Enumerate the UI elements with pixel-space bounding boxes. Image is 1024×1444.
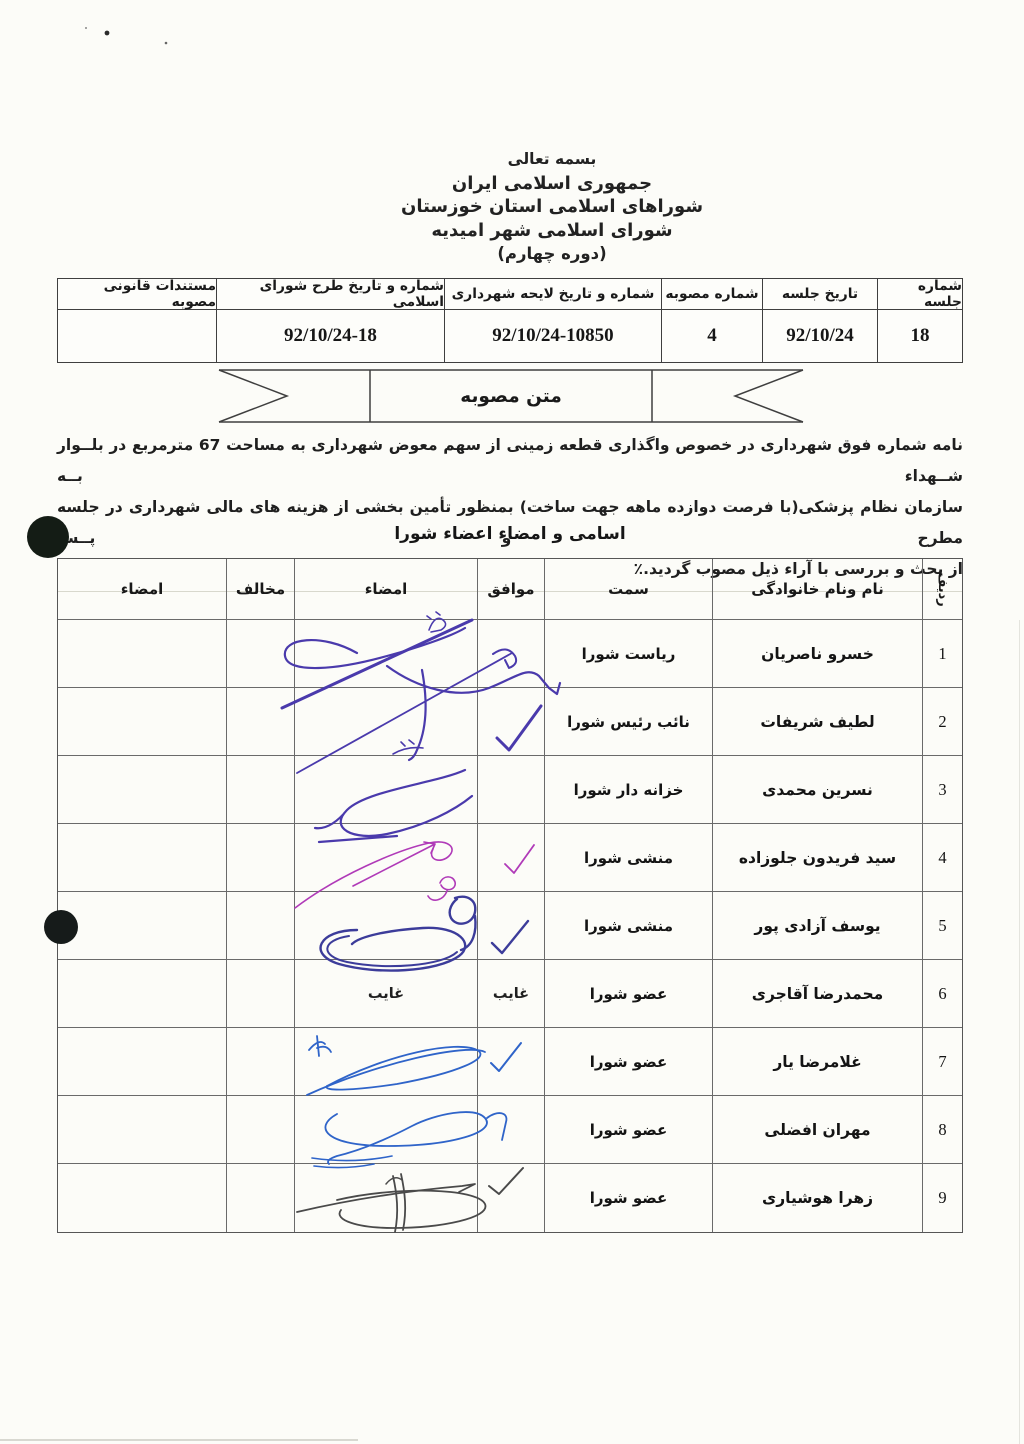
banner-title: متن مصوبه bbox=[370, 372, 652, 420]
info-header-plan-no-date: شماره و تاریخ طرح شورای اسلامی bbox=[216, 279, 444, 310]
signature-cell bbox=[294, 620, 477, 688]
resolution-line: نامه شماره فوق شهرداری در خصوص واگذاری ق… bbox=[57, 430, 963, 492]
signature-cell bbox=[294, 1028, 477, 1096]
member-name: مهران افضلی bbox=[712, 1096, 922, 1164]
row-no-label: ردیف bbox=[935, 572, 950, 607]
agree-cell bbox=[477, 892, 544, 960]
signature2-cell bbox=[58, 824, 226, 892]
member-row-number: 8 bbox=[922, 1096, 962, 1164]
info-value-plan-no-date: 92/10/24-18 bbox=[216, 310, 444, 362]
document-header: بسمه تعالی جمهوری اسلامی ایران شوراهای ا… bbox=[192, 148, 912, 266]
member-position: نائب رئیس شورا bbox=[544, 688, 712, 756]
resolution-line: سازمان نظام پزشکی(با فرصت دوازده ماهه جه… bbox=[57, 492, 963, 554]
info-header-bill-no-date: شماره و تاریخ لایحه شهرداری bbox=[444, 279, 661, 310]
member-row-number: 3 bbox=[922, 756, 962, 824]
member-position: عضو شورا bbox=[544, 1164, 712, 1232]
info-value-bill-no-date: 92/10/24-10850 bbox=[444, 310, 661, 362]
scan-edge-artifact bbox=[0, 1439, 358, 1441]
signature-cell bbox=[294, 1164, 477, 1232]
members-table: ردیف نام ونام خانوادگی سمت موافق امضاء م… bbox=[57, 558, 963, 1233]
header-line-bismillah: بسمه تعالی bbox=[192, 148, 912, 172]
signature2-cell bbox=[58, 892, 226, 960]
banner-left-chevron bbox=[219, 370, 287, 422]
member-name: سید فریدون جلوزاده bbox=[712, 824, 922, 892]
oppose-cell bbox=[226, 620, 294, 688]
agree-cell bbox=[477, 620, 544, 688]
header-line-city-council: شورای اسلامی شهر امیدیه bbox=[192, 219, 912, 243]
info-value-session-date: 92/10/24 bbox=[762, 310, 877, 362]
oppose-cell bbox=[226, 688, 294, 756]
signature2-cell bbox=[58, 1096, 226, 1164]
signature2-cell bbox=[58, 1028, 226, 1096]
header-line-republic: جمهوری اسلامی ایران bbox=[192, 172, 912, 196]
oppose-cell bbox=[226, 960, 294, 1028]
member-position: ریاست شورا bbox=[544, 620, 712, 688]
signature-cell bbox=[294, 756, 477, 824]
member-row-number: 6 bbox=[922, 960, 962, 1028]
agree-cell bbox=[477, 824, 544, 892]
member-row-number: 4 bbox=[922, 824, 962, 892]
info-table: شماره جلسه تاریخ جلسه شماره مصوبه شماره … bbox=[57, 278, 963, 363]
oppose-cell bbox=[226, 824, 294, 892]
member-name: غلامرضا یار bbox=[712, 1028, 922, 1096]
member-name: خسرو ناصریان bbox=[712, 620, 922, 688]
member-name: یوسف آزادی پور bbox=[712, 892, 922, 960]
info-header-session-no: شماره جلسه bbox=[877, 279, 962, 310]
agree-cell bbox=[477, 1028, 544, 1096]
signature2-cell bbox=[58, 1164, 226, 1232]
members-header-name: نام ونام خانوادگی bbox=[712, 559, 922, 620]
member-name: نسرین محمدی bbox=[712, 756, 922, 824]
member-row-number: 7 bbox=[922, 1028, 962, 1096]
member-row-number: 5 bbox=[922, 892, 962, 960]
signature-cell bbox=[294, 824, 477, 892]
member-name: محمدرضا آقاجری bbox=[712, 960, 922, 1028]
oppose-cell bbox=[226, 1028, 294, 1096]
scanned-page: بسمه تعالی جمهوری اسلامی ایران شوراهای ا… bbox=[0, 0, 1024, 1444]
member-row-number: 2 bbox=[922, 688, 962, 756]
member-position: منشی شورا bbox=[544, 892, 712, 960]
members-header-oppose: مخالف bbox=[226, 559, 294, 620]
signature-cell bbox=[294, 688, 477, 756]
signature2-cell bbox=[58, 620, 226, 688]
signature2-cell bbox=[58, 960, 226, 1028]
agree-cell bbox=[477, 756, 544, 824]
member-position: منشی شورا bbox=[544, 824, 712, 892]
member-row-number: 1 bbox=[922, 620, 962, 688]
scan-edge-artifact bbox=[1019, 620, 1020, 1444]
members-section-title: اسامی و امضاء اعضاء شورا bbox=[57, 524, 963, 544]
info-header-resolution-no: شماره مصوبه bbox=[661, 279, 762, 310]
signature2-cell bbox=[58, 688, 226, 756]
oppose-cell bbox=[226, 1164, 294, 1232]
agree-cell bbox=[477, 1164, 544, 1232]
info-value-resolution-no: 4 bbox=[661, 310, 762, 362]
info-header-session-date: تاریخ جلسه bbox=[762, 279, 877, 310]
members-header-row-no: ردیف bbox=[922, 559, 962, 620]
header-line-term: (دوره چهارم) bbox=[192, 242, 912, 266]
agree-cell bbox=[477, 688, 544, 756]
member-row-number: 9 bbox=[922, 1164, 962, 1232]
info-header-legal-docs: مستندات قانونی مصوبه bbox=[58, 279, 216, 310]
member-position: عضو شورا bbox=[544, 1096, 712, 1164]
oppose-cell bbox=[226, 756, 294, 824]
members-header-signature2: امضاء bbox=[58, 559, 226, 620]
header-line-councils-province: شوراهای اسلامی استان خوزستان bbox=[192, 195, 912, 219]
oppose-cell bbox=[226, 1096, 294, 1164]
members-header-agree: موافق bbox=[477, 559, 544, 620]
oppose-cell bbox=[226, 892, 294, 960]
member-name: لطیف شریفات bbox=[712, 688, 922, 756]
signature-cell-absent: غایب bbox=[294, 960, 477, 1028]
signature-cell bbox=[294, 892, 477, 960]
member-position: عضو شورا bbox=[544, 960, 712, 1028]
info-value-legal-docs bbox=[58, 310, 216, 362]
info-value-session-no: 18 bbox=[877, 310, 962, 362]
signature2-cell bbox=[58, 756, 226, 824]
scan-specks bbox=[85, 27, 167, 44]
member-position: خزانه دار شورا bbox=[544, 756, 712, 824]
agree-cell-absent: غایب bbox=[477, 960, 544, 1028]
member-name: زهرا هوشیاری bbox=[712, 1164, 922, 1232]
signature-cell bbox=[294, 1096, 477, 1164]
member-position: عضو شورا bbox=[544, 1028, 712, 1096]
agree-cell bbox=[477, 1096, 544, 1164]
members-header-position: سمت bbox=[544, 559, 712, 620]
members-header-signature: امضاء bbox=[294, 559, 477, 620]
banner-right-chevron bbox=[735, 370, 803, 422]
